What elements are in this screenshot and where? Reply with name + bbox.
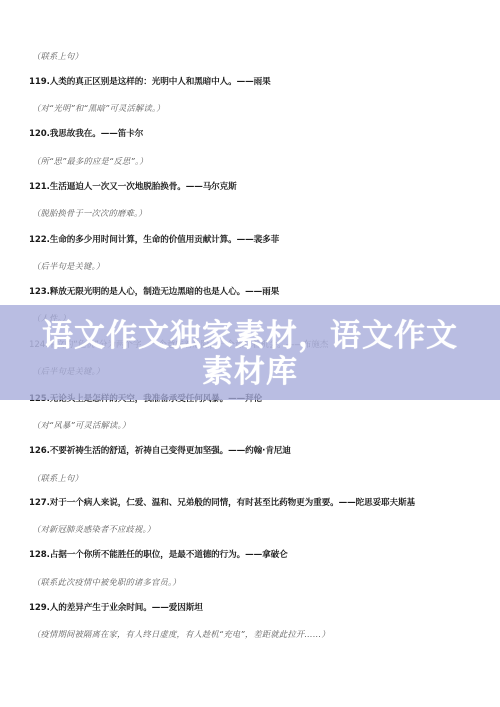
note-line: （联系上句）	[32, 471, 83, 485]
quote-line: 128.占据一个你所不能胜任的职位，是最不道德的行为。——拿破仑	[29, 548, 288, 562]
quote-line: 129.人的差异产生于业余时间。——爱因斯坦	[29, 601, 203, 615]
quote-line: 126.不要祈祷生活的舒适，祈祷自己变得更加坚强。——约翰·肯尼迪	[29, 444, 291, 458]
quote-line: 127.对于一个病人来说，仁爱、温和、兄弟般的同情，有时甚至比药物更为重要。——…	[29, 496, 415, 510]
banner-title-line-2: 素材库	[0, 354, 500, 390]
banner-title-line-1: 语文作文独家素材，语文作文	[0, 318, 500, 354]
quote-line: 122.生命的多少用时间计算，生命的价值用贡献计算。——裴多菲	[29, 233, 279, 247]
quote-line: 119.人类的真正区别是这样的：光明中人和黑暗中人。——雨果	[29, 75, 271, 89]
banner-title: 语文作文独家素材，语文作文 素材库	[0, 305, 500, 390]
note-line: （所“思”最多的应是“反思”。）	[32, 154, 148, 168]
quote-line: 123.释放无限光明的是人心，制造无边黑暗的也是人心。——雨果	[29, 285, 279, 299]
note-line: （联系上句）	[32, 49, 83, 63]
note-line: （对“风暴”可灵活解读。）	[32, 418, 130, 432]
quote-line: 120.我思故我在。——笛卡尔	[29, 127, 143, 141]
note-line: （疫情期间被隔离在家，有人终日虚度，有人趁机“充电”，差距就此拉开……）	[32, 627, 330, 641]
note-line: （后半句是关键。）	[32, 259, 104, 273]
note-line: （脱胎换骨于一次次的磨难。）	[32, 206, 147, 220]
note-line: （联系此次疫情中被免职的诸多官员。）	[32, 575, 181, 589]
note-line: （对“光明”和“黑暗”可灵活解读。）	[32, 101, 165, 115]
quote-line: 121.生活逼迫人一次又一次地脱胎换骨。——马尔克斯	[29, 180, 237, 194]
note-line: （对新冠肺炎感染者不应歧视。）	[32, 522, 155, 536]
